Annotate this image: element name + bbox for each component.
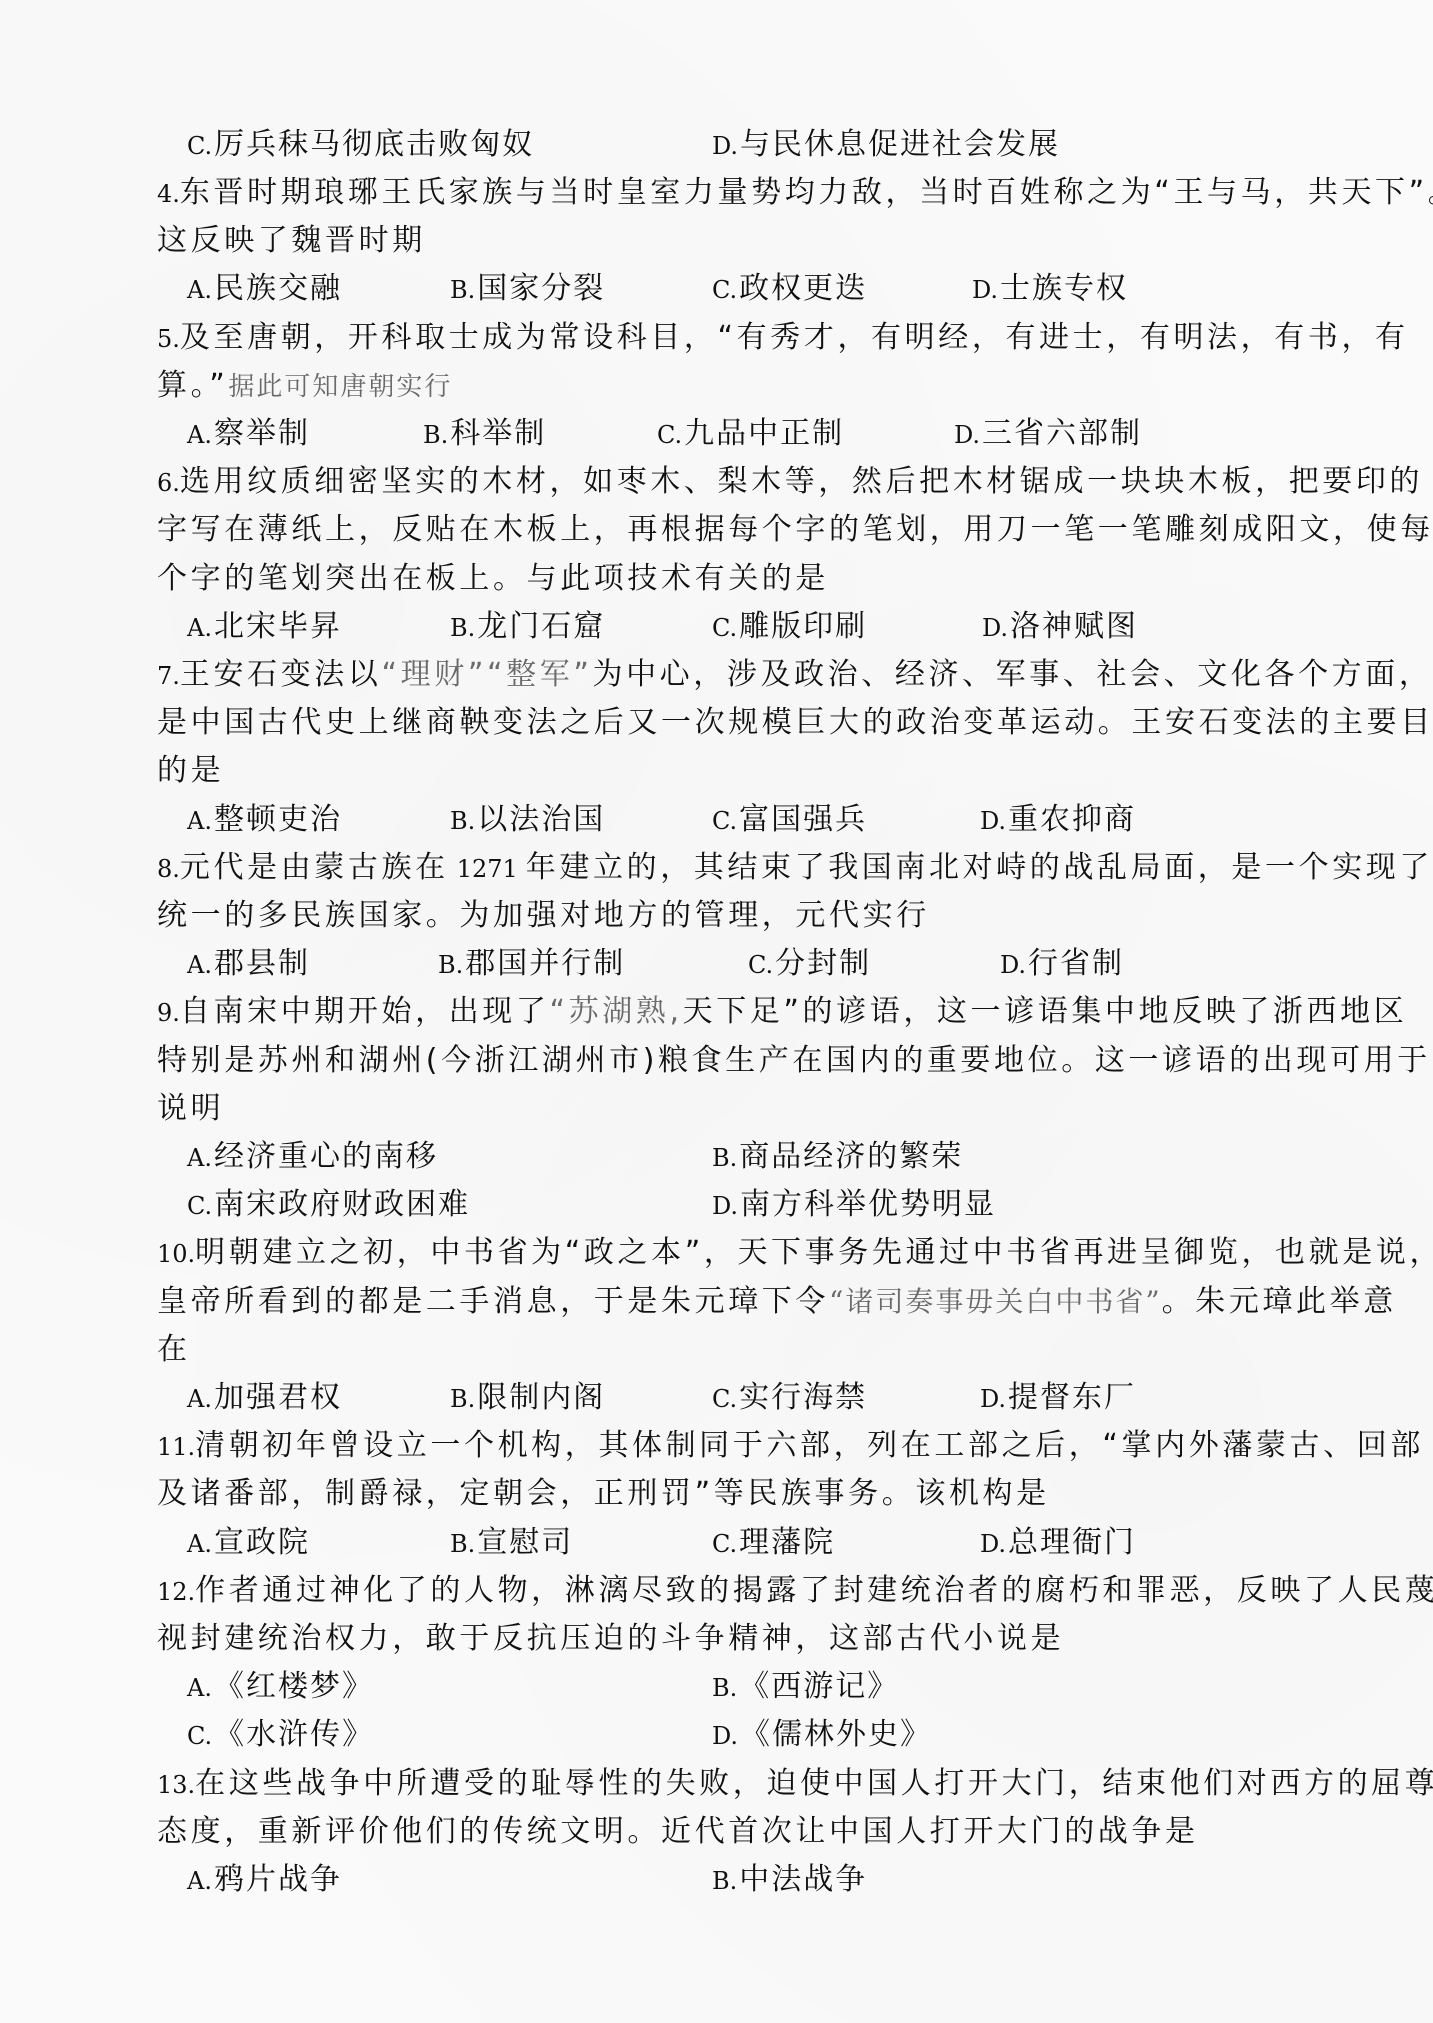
option-text: 鸦片战争 <box>214 1862 342 1897</box>
option-key: D. <box>712 1722 738 1750</box>
q13-stem-line-2: 态度，重新评价他们的传统文明。近代首次让中国人打开大门的战争是 <box>157 1808 1199 1856</box>
question-number: 8. <box>157 855 180 883</box>
question-number: 11. <box>157 1433 195 1461</box>
q4-stem-line-1: 4.东晋时期琅琊王氏家族与当时皇室力量势均力敌，当时百姓称之为“王与马，共天下”… <box>157 169 1433 217</box>
option-text: 中法战争 <box>739 1862 867 1897</box>
stem-text: 个字的笔划突出在板上。与此项技术有关的是 <box>157 561 829 596</box>
question-number: 7. <box>157 662 180 690</box>
q6-stem-line-1: 6.选用纹质细密坚实的木材，如枣木、梨木等，然后把木材锯成一块块木板，把要印的 <box>157 458 1423 506</box>
q8-stem-line-2: 统一的多民族国家。为加强对地方的管理，元代实行 <box>157 892 930 940</box>
q7-option-a: A.整顿吏治 <box>187 796 342 844</box>
option-key: C. <box>712 1530 737 1558</box>
q8-option-b: B.郡国并行制 <box>438 940 625 988</box>
q7-stem-line-1: 7.王安石变法以“理财”“整军”为中心，涉及政治、经济、军事、社会、文化各个方面… <box>157 651 1432 699</box>
q7-option-c: C.富国强兵 <box>712 796 867 844</box>
q10-stem-line-2: 皇帝所看到的都是二手消息，于是朱元璋下令“诸司奏事毋关白中书省”。朱元璋此举意 <box>157 1278 1397 1326</box>
option-text: 民族交融 <box>214 271 342 306</box>
stem-text-gray: “诸司奏事毋关白中书省” <box>829 1285 1162 1318</box>
q11-option-c: C.理藩院 <box>712 1519 835 1567</box>
q7-option-d: D.重农抑商 <box>980 796 1136 844</box>
stem-text: 统一的多民族国家。为加强对地方的管理，元代实行 <box>157 898 930 933</box>
option-text: 以法治国 <box>477 802 605 837</box>
stem-text: 的是 <box>157 753 224 788</box>
option-text: 南方科举优势明显 <box>740 1187 996 1222</box>
option-key: C. <box>187 1192 212 1220</box>
option-key: C. <box>187 132 212 160</box>
option-text: 理藩院 <box>739 1525 835 1560</box>
option-text: 分封制 <box>775 946 871 981</box>
option-key: D. <box>712 1192 738 1220</box>
option-text: 《红楼梦》 <box>214 1669 374 1704</box>
option-text: 政权更迭 <box>739 271 867 306</box>
q9-stem-line-1: 9.自南宋中期开始，出现了“苏湖熟,天下足”的谚语，这一谚语集中地反映了浙西地区 <box>157 988 1407 1036</box>
stem-text: 自南宋中期开始，出现了 <box>180 994 550 1029</box>
q12-stem-line-2: 视封建统治权力，敢于反抗压迫的斗争精神，这部古代小说是 <box>157 1615 1064 1663</box>
option-key: B. <box>450 276 475 304</box>
q9-stem-line-2: 特别是苏州和湖州(今浙江湖州市)粮食生产在国内的重要地位。这一谚语的出现可用于 <box>157 1037 1431 1085</box>
option-key: A. <box>187 276 212 304</box>
option-key: B. <box>712 1674 737 1702</box>
q9-option-d: D.南方科举优势明显 <box>712 1181 996 1229</box>
q4-option-a: A.民族交融 <box>187 265 342 313</box>
stem-text: 选用纹质细密坚实的木材，如枣木、梨木等，然后把木材锯成一块块木板，把要印的 <box>180 464 1423 499</box>
option-text: 郡国并行制 <box>465 946 625 981</box>
q13-option-a: A.鸦片战争 <box>187 1856 342 1904</box>
q8-option-a: A.郡县制 <box>187 940 310 988</box>
q10-option-c: C.实行海禁 <box>712 1374 867 1422</box>
q10-stem-line-1: 10.明朝建立之初，中书省为“政之本”，天下事务先通过中书省再进呈御览，也就是说… <box>157 1229 1433 1277</box>
stem-text: 元代是由蒙古族在 <box>180 850 449 885</box>
stem-text: 。朱元璋此举意 <box>1162 1284 1397 1319</box>
stem-text: 为中心，涉及政治、经济、军事、社会、文化各个方面， <box>592 657 1432 692</box>
option-text: 经济重心的南移 <box>214 1139 438 1174</box>
stem-text: 东晋时期琅琊王氏家族与当时皇室力量势均力敌，当时百姓称之为“王与马，共天下”。 <box>180 175 1433 210</box>
option-text: 九品中正制 <box>684 416 844 451</box>
stem-text-gray: “苏湖熟, <box>550 994 683 1029</box>
stem-text-gray: “理财”“整军” <box>382 657 593 692</box>
option-text: 北宋毕昇 <box>214 609 342 644</box>
option-text: 提督东厂 <box>1008 1380 1136 1415</box>
stem-text: 态度，重新评价他们的传统文明。近代首次让中国人打开大门的战争是 <box>157 1814 1199 1849</box>
stem-text: 作者通过神化了的人物，淋漓尽致的揭露了封建统治者的腐朽和罪恶，反映了人民蔑 <box>195 1573 1433 1608</box>
option-text: 宣慰司 <box>477 1525 573 1560</box>
question-number: 10. <box>157 1240 195 1268</box>
stem-text: 说明 <box>157 1091 224 1126</box>
option-text: 行省制 <box>1028 946 1124 981</box>
option-text: 厉兵秣马彻底击败匈奴 <box>214 127 534 162</box>
option-text: 加强君权 <box>214 1380 342 1415</box>
q12-option-c: C.《水浒传》 <box>187 1711 374 1759</box>
option-text: 南宋政府财政困难 <box>214 1187 470 1222</box>
option-key: D. <box>982 614 1008 642</box>
q11-option-d: D.总理衙门 <box>980 1519 1136 1567</box>
option-text: 龙门石窟 <box>477 609 605 644</box>
q8-stem-line-1: 8.元代是由蒙古族在1271年建立的，其结束了我国南北对峙的战乱局面，是一个实现… <box>157 844 1433 892</box>
q3-option-d: D.与民休息促进社会发展 <box>712 121 1060 169</box>
q10-option-a: A.加强君权 <box>187 1374 342 1422</box>
stem-text: 这反映了魏晋时期 <box>157 223 426 258</box>
q9-option-a: A.经济重心的南移 <box>187 1133 438 1181</box>
option-text: 限制内阁 <box>477 1380 605 1415</box>
stem-text: 王安石变法以 <box>180 657 382 692</box>
q11-option-a: A.宣政院 <box>187 1519 310 1567</box>
q5-option-c: C.九品中正制 <box>657 410 844 458</box>
q6-option-b: B.龙门石窟 <box>450 603 605 651</box>
q5-option-a: A.察举制 <box>187 410 310 458</box>
stem-text: 年建立的，其结束了我国南北对峙的战乱局面，是一个实现了 <box>526 850 1433 885</box>
exam-page: C.厉兵秣马彻底击败匈奴 D.与民休息促进社会发展 4.东晋时期琅琊王氏家族与当… <box>0 0 1433 2023</box>
q10-option-d: D.提督东厂 <box>980 1374 1136 1422</box>
stem-text: 清朝初年曾设立一个机构，其体制同于六部，列在工部之后，“掌内外藩蒙古、回部 <box>195 1428 1424 1463</box>
option-key: B. <box>450 614 475 642</box>
option-text: 宣政院 <box>214 1525 310 1560</box>
q6-stem-line-3: 个字的笔划突出在板上。与此项技术有关的是 <box>157 555 829 603</box>
q5-option-d: D.三省六部制 <box>954 410 1142 458</box>
stem-text: 字写在薄纸上，反贴在木板上，再根据每个字的笔划，用刀一笔一笔雕刻成阳文，使每 <box>157 512 1433 547</box>
option-key: A. <box>187 1867 212 1895</box>
stem-text: 及诸番部，制爵禄，定朝会，正刑罚”等民族事务。该机构是 <box>157 1476 1050 1511</box>
option-text: 国家分裂 <box>477 271 605 306</box>
option-text: 三省六部制 <box>982 416 1142 451</box>
option-key: C. <box>657 421 682 449</box>
q11-option-b: B.宣慰司 <box>450 1519 573 1567</box>
option-text: 《儒林外史》 <box>740 1717 932 1752</box>
option-key: D. <box>1000 951 1026 979</box>
option-key: D. <box>980 1385 1006 1413</box>
q6-option-c: C.雕版印刷 <box>712 603 867 651</box>
question-number: 5. <box>157 325 180 353</box>
option-text: 富国强兵 <box>739 802 867 837</box>
q4-option-c: C.政权更迭 <box>712 265 867 313</box>
option-key: B. <box>450 1530 475 1558</box>
q10-stem-line-3: 在 <box>157 1326 191 1374</box>
q6-option-a: A.北宋毕昇 <box>187 603 342 651</box>
option-key: D. <box>980 807 1006 835</box>
option-key: C. <box>712 1385 737 1413</box>
option-text: 《水浒传》 <box>214 1717 374 1752</box>
q13-option-b: B.中法战争 <box>712 1856 867 1904</box>
option-key: A. <box>187 1144 212 1172</box>
stem-text: 算。” <box>157 368 228 403</box>
option-key: B. <box>450 807 475 835</box>
option-key: B. <box>712 1144 737 1172</box>
option-key: B. <box>423 421 448 449</box>
question-number: 13. <box>157 1771 195 1799</box>
q9-option-b: B.商品经济的繁荣 <box>712 1133 963 1181</box>
option-key: B. <box>712 1867 737 1895</box>
option-key: A. <box>187 1530 212 1558</box>
q6-stem-line-2: 字写在薄纸上，反贴在木板上，再根据每个字的笔划，用刀一笔一笔雕刻成阳文，使每 <box>157 506 1433 554</box>
stem-text: 在 <box>157 1332 191 1367</box>
q7-stem-line-2: 是中国古代史上继商鞅变法之后又一次规模巨大的政治变革运动。王安石变法的主要目 <box>157 699 1433 747</box>
q7-stem-line-3: 的是 <box>157 747 224 795</box>
option-text: 郡县制 <box>214 946 310 981</box>
option-text: 洛神赋图 <box>1010 609 1138 644</box>
option-text: 商品经济的繁荣 <box>739 1139 963 1174</box>
option-text: 与民休息促进社会发展 <box>740 127 1060 162</box>
option-text: 察举制 <box>214 416 310 451</box>
q10-option-b: B.限制内阁 <box>450 1374 605 1422</box>
option-key: A. <box>187 951 212 979</box>
q9-stem-line-3: 说明 <box>157 1085 224 1133</box>
q9-option-c: C.南宋政府财政困难 <box>187 1181 470 1229</box>
option-key: D. <box>712 132 738 160</box>
q8-option-d: D.行省制 <box>1000 940 1124 988</box>
option-key: C. <box>748 951 773 979</box>
q12-stem-line-1: 12.作者通过神化了的人物，淋漓尽致的揭露了封建统治者的腐朽和罪恶，反映了人民蔑 <box>157 1567 1433 1615</box>
q11-stem-line-2: 及诸番部，制爵禄，定朝会，正刑罚”等民族事务。该机构是 <box>157 1470 1050 1518</box>
option-key: D. <box>954 421 980 449</box>
stem-text: 视封建统治权力，敢于反抗压迫的斗争精神，这部古代小说是 <box>157 1621 1064 1656</box>
stem-text: 特别是苏州和湖州(今浙江湖州市)粮食生产在国内的重要地位。这一谚语的出现可用于 <box>157 1043 1431 1078</box>
option-key: A. <box>187 614 212 642</box>
q5-option-b: B.科举制 <box>423 410 546 458</box>
option-text: 科举制 <box>450 416 546 451</box>
option-key: A. <box>187 421 212 449</box>
q6-option-d: D.洛神赋图 <box>982 603 1138 651</box>
option-text: 雕版印刷 <box>739 609 867 644</box>
option-key: D. <box>972 276 998 304</box>
stem-text: 明朝建立之初，中书省为“政之本”，天下事务先通过中书省再进呈御览，也就是说， <box>195 1235 1433 1270</box>
q4-option-d: D.士族专权 <box>972 265 1128 313</box>
q11-stem-line-1: 11.清朝初年曾设立一个机构，其体制同于六部，列在工部之后，“掌内外藩蒙古、回部 <box>157 1422 1424 1470</box>
q5-stem-line-2: 算。”据此可知唐朝实行 <box>157 362 452 410</box>
q13-stem-line-1: 13.在这些战争中所遭受的耻辱性的失败，迫使中国人打开大门，结束他们对西方的屈尊 <box>157 1760 1433 1808</box>
option-text: 整顿吏治 <box>214 802 342 837</box>
stem-text: 在这些战争中所遭受的耻辱性的失败，迫使中国人打开大门，结束他们对西方的屈尊 <box>195 1766 1433 1801</box>
question-number: 9. <box>157 999 180 1027</box>
q3-option-c: C.厉兵秣马彻底击败匈奴 <box>187 121 534 169</box>
option-key: C. <box>187 1722 212 1750</box>
option-key: C. <box>712 614 737 642</box>
option-key: C. <box>712 276 737 304</box>
q12-option-b: B.《西游记》 <box>712 1663 899 1711</box>
stem-text: 是中国古代史上继商鞅变法之后又一次规模巨大的政治变革运动。王安石变法的主要目 <box>157 705 1433 740</box>
q5-stem-line-1: 5.及至唐朝，开科取士成为常设科目，“有秀才，有明经，有进士，有明法，有书，有 <box>157 314 1409 362</box>
option-text: 士族专权 <box>1000 271 1128 306</box>
option-key: A. <box>187 1674 212 1702</box>
option-text: 《西游记》 <box>739 1669 899 1704</box>
option-text: 实行海禁 <box>739 1380 867 1415</box>
option-key: B. <box>438 951 463 979</box>
question-number: 12. <box>157 1578 195 1606</box>
option-key: C. <box>712 807 737 835</box>
option-text: 总理衙门 <box>1008 1525 1136 1560</box>
stem-text-gray: 据此可知唐朝实行 <box>228 372 452 402</box>
stem-text: 皇帝所看到的都是二手消息，于是朱元璋下令 <box>157 1284 829 1319</box>
question-number: 4. <box>157 180 180 208</box>
option-text: 重农抑商 <box>1008 802 1136 837</box>
option-key: D. <box>980 1530 1006 1558</box>
q12-option-d: D.《儒林外史》 <box>712 1711 932 1759</box>
option-key: A. <box>187 807 212 835</box>
stem-text: 及至唐朝，开科取士成为常设科目，“有秀才，有明经，有进士，有明法，有书，有 <box>180 320 1409 355</box>
option-key: B. <box>450 1385 475 1413</box>
q8-option-c: C.分封制 <box>748 940 871 988</box>
q12-option-a: A.《红楼梦》 <box>187 1663 374 1711</box>
q4-stem-line-2: 这反映了魏晋时期 <box>157 217 426 265</box>
option-key: A. <box>187 1385 212 1413</box>
year-number: 1271 <box>457 855 518 883</box>
stem-text: 天下足”的谚语，这一谚语集中地反映了浙西地区 <box>683 994 1408 1029</box>
q4-option-b: B.国家分裂 <box>450 265 605 313</box>
question-number: 6. <box>157 469 180 497</box>
q7-option-b: B.以法治国 <box>450 796 605 844</box>
